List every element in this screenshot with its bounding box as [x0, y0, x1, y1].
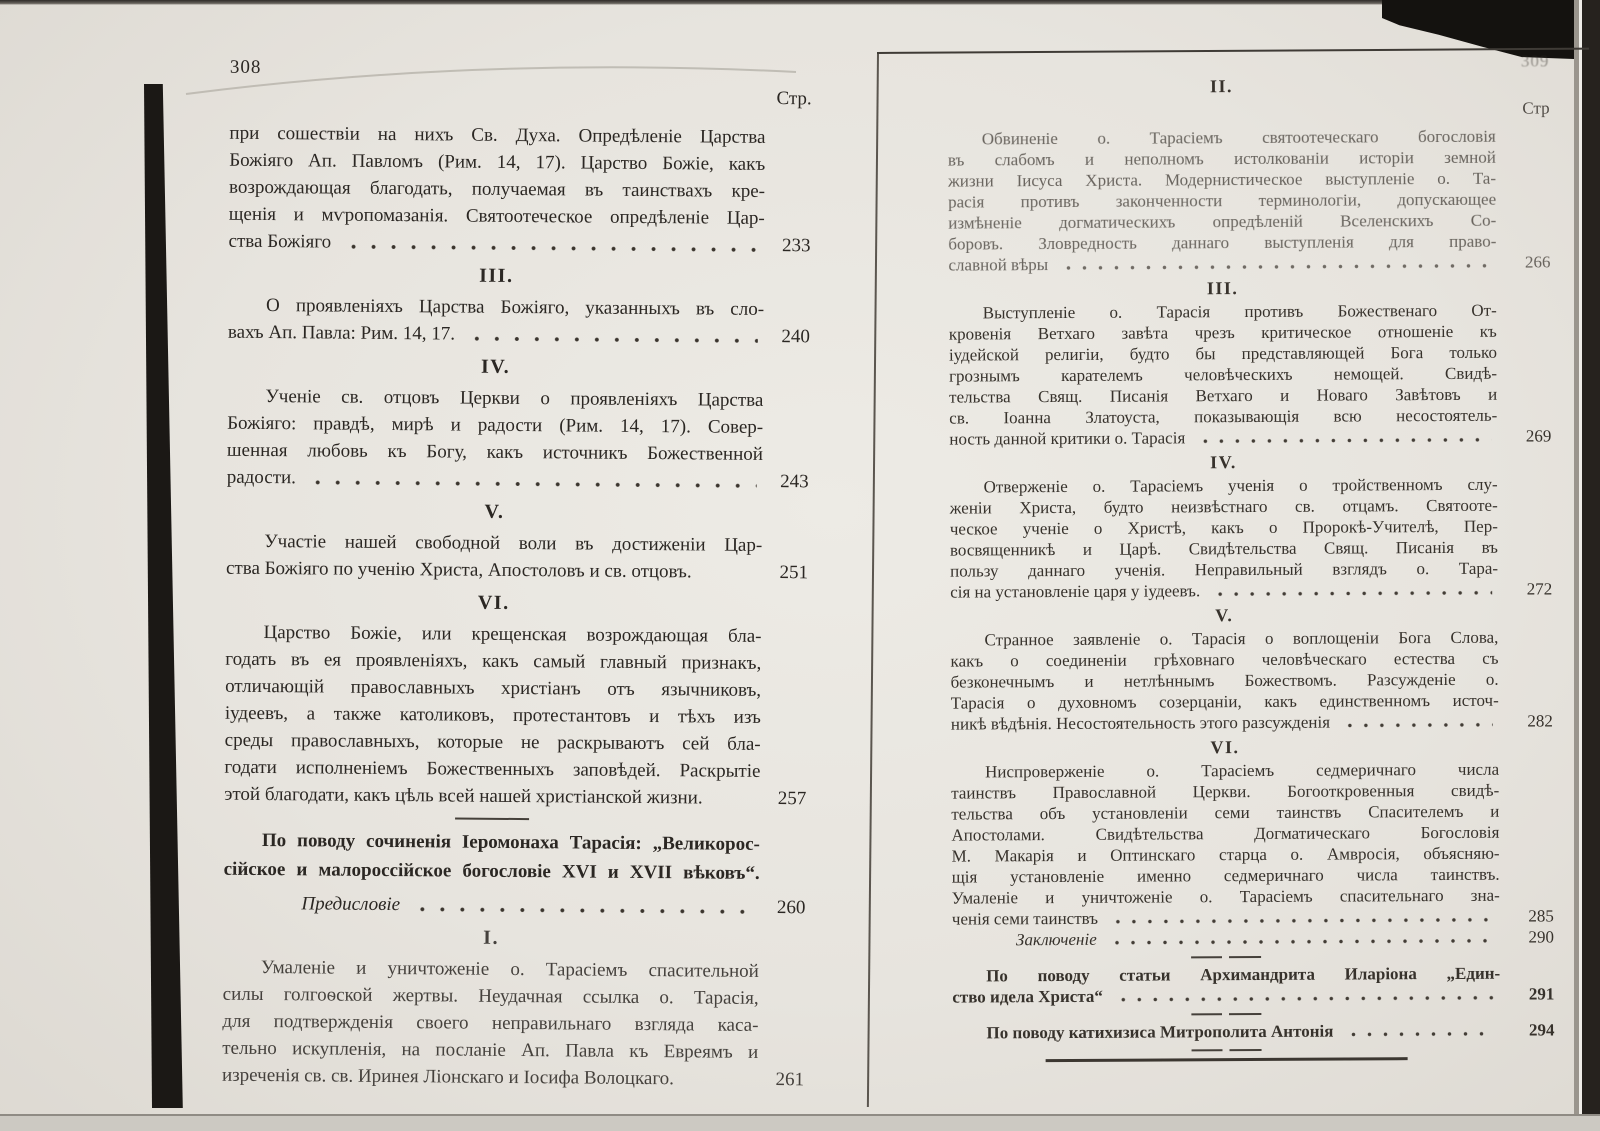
- dot-leader: [1060, 263, 1490, 271]
- scan-top-edge: [0, 0, 1600, 5]
- dot-leader: [1197, 437, 1491, 445]
- dot-leader: [343, 244, 758, 253]
- dot-leader: [467, 336, 758, 344]
- page-ref: 243: [763, 468, 809, 495]
- long-divider: [1046, 1057, 1408, 1062]
- toc-entry-left-v: V. Участіе нашей свободной воли въ дости…: [226, 497, 809, 587]
- section-divider-row: [224, 816, 806, 823]
- right-col-header: Стр: [1522, 98, 1549, 117]
- page-ref: 269: [1497, 425, 1551, 446]
- entry-last-line: вахъ Ап. Павла: Рим. 14, 17. 240: [228, 319, 810, 351]
- left-entries: при сошествіи на нихъ Св. Духа. Опредѣле…: [222, 120, 812, 1094]
- page-seam-line: [867, 53, 879, 1107]
- toc-entry-left-i: I. Умаленіе и уничтоженіе о. Тарасіемъ с…: [222, 923, 805, 1094]
- entry-tail: славной вѣры: [948, 254, 1048, 276]
- entry-last-line: ства Божіяго 233: [228, 228, 810, 260]
- entry-text: По поводу статьи Архимандрита Иларіона „…: [952, 962, 1554, 986]
- left-folio-row: 308: [230, 54, 812, 86]
- entry-last-line: ства Божіяго по ученію Христа, Апостолов…: [226, 555, 808, 587]
- entry-last-line: Предисловіе 260: [223, 890, 805, 922]
- small-divider: [1191, 1013, 1261, 1015]
- roman-heading-v: V.: [226, 497, 808, 529]
- entry-tail: изреченія св. св. Иринея Ліонскаго и Іос…: [222, 1062, 674, 1093]
- entry-text: при сошествіи на нихъ Св. Духа. Опредѣле…: [229, 120, 812, 233]
- leader-spacer: [715, 800, 755, 806]
- page-ref: 260: [759, 894, 805, 921]
- scan-gutter-bar: [144, 84, 184, 1108]
- entry-tail: ность данной критики о. Тарасія: [949, 427, 1185, 449]
- entry-tail: ство идела Христа“: [952, 986, 1103, 1008]
- dot-leader: [1345, 1031, 1494, 1038]
- entry-text: Выступленіе о. Тарасія противъ Божествен…: [949, 299, 1552, 428]
- entry-tail: сія на установленіе царя у іудеевъ.: [950, 580, 1200, 602]
- right-page-number: 309: [1521, 50, 1550, 71]
- entry-last-line: ность данной критики о. Тарасія 269: [949, 425, 1551, 449]
- toc-entry-right-v: V. Странное заявленіе о. Тарасія о вопло…: [950, 603, 1553, 734]
- left-col-header-row: Стр.: [230, 81, 812, 113]
- entry-last-line: Заключеніе 290: [952, 926, 1554, 950]
- roman-heading-iii: III.: [949, 276, 1551, 300]
- entry-last-line: этой благодати, какъ цѣль всей нашей хри…: [224, 781, 806, 813]
- small-divider: [1191, 956, 1261, 958]
- entry-last-line: никѣ вѣдѣнія. Несостоятельность этого ра…: [951, 710, 1553, 734]
- page-ref: 290: [1500, 926, 1554, 947]
- entry-tail: ства Божіяго по ученію Христа, Апостолов…: [226, 555, 692, 586]
- entry-tail: ченія семи таинствъ: [952, 908, 1098, 930]
- toc-entry-left-iii: III. О проявленіяхъ Царства Божіяго, ука…: [228, 261, 811, 351]
- page-ref: 240: [764, 323, 810, 350]
- page-ref: 291: [1500, 983, 1554, 1004]
- section-title-tarasij: По поводу сочиненія Іеромонаха Тарасія: …: [224, 826, 806, 889]
- roman-heading-i: I.: [223, 923, 805, 955]
- toc-entry-right-ii: Обвиненіе о. Тарасіемъ святоотеческаго б…: [948, 125, 1551, 275]
- page-ref: 294: [1500, 1019, 1554, 1040]
- roman-heading-vi: VI.: [951, 735, 1553, 759]
- right-folio-row: 309: [947, 48, 1549, 73]
- entry-text: Отверженіе о. Тарасіемъ ученія о тройств…: [950, 473, 1553, 581]
- small-divider-row: [953, 1047, 1555, 1052]
- toc-entry-right-vi: VI. Ниспроверженіе о. Тарасіемъ седмерич…: [951, 735, 1554, 929]
- toc-entry-left-cont: при сошествіи на нихъ Св. Духа. Опредѣле…: [228, 120, 811, 260]
- small-divider-row: [952, 1011, 1554, 1016]
- page-ref: 266: [1496, 251, 1550, 272]
- dot-leader: [1110, 917, 1494, 925]
- toc-entry-zakljuchenie: Заключеніе 290: [952, 926, 1554, 950]
- left-page-number: 308: [230, 57, 262, 78]
- entry-last-line: изреченія св. св. Иринея Ліонскаго и Іос…: [222, 1062, 804, 1094]
- toc-entry-right-iv: IV. Отверженіе о. Тарасіемъ ученія о тро…: [949, 450, 1552, 602]
- toc-entry-antonij: По поводу катихизиса Митрополита Антонія…: [952, 1019, 1554, 1043]
- toc-entry-right-iii: III. Выступленіе о. Тарасія противъ Боже…: [949, 276, 1552, 449]
- page-ref: 285: [1500, 905, 1554, 926]
- page-ref: 282: [1499, 710, 1553, 731]
- dot-leader: [1212, 590, 1492, 597]
- toc-entry-predislovie: Предисловіе 260: [223, 890, 805, 922]
- dot-leader: [412, 906, 753, 915]
- scan-bottom-band: [0, 1116, 1600, 1131]
- page-ref: 257: [760, 785, 806, 812]
- entry-last-line: сія на установленіе царя у іудеевъ. 272: [950, 578, 1552, 602]
- entry-last-line: славной вѣры 266: [948, 251, 1550, 275]
- toc-entry-ilarion: По поводу статьи Архимандрита Иларіона „…: [952, 962, 1554, 1007]
- entry-last-line: По поводу катихизиса Митрополита Антонія…: [952, 1019, 1554, 1043]
- roman-heading-iv: IV.: [228, 352, 810, 384]
- leader-spacer: [686, 1080, 752, 1087]
- entry-tail: никѣ вѣдѣнія. Несостоятельность этого ра…: [951, 712, 1330, 735]
- entry-tail: этой благодати, какъ цѣль всей нашей хри…: [224, 781, 703, 812]
- right-page: 309 II. Стр Обвиненіе о. Тарасіемъ свято…: [947, 48, 1554, 1068]
- roman-heading-iv: IV.: [949, 450, 1551, 474]
- dot-leader: [308, 479, 757, 489]
- roman-heading-ii: II.: [947, 74, 1549, 98]
- section-divider: [455, 818, 529, 821]
- roman-heading-vi: VI.: [226, 588, 808, 620]
- right-entries: Обвиненіе о. Тарасіемъ святоотеческаго б…: [948, 125, 1555, 1062]
- entry-text: Обвиненіе о. Тарасіемъ святоотеческаго б…: [948, 125, 1551, 254]
- entry-tail: ства Божіяго: [228, 228, 331, 256]
- long-divider-row: [953, 1056, 1555, 1062]
- roman-heading-v: V.: [950, 603, 1552, 627]
- page-ref: 233: [764, 232, 810, 259]
- entry-text: Ученіе св. отцовъ Церкви о проявленіяхъ …: [227, 383, 810, 469]
- roman-heading-iii: III.: [228, 261, 810, 293]
- entry-text: Царство Божіе, или крещенская возрождающ…: [224, 619, 807, 786]
- page-ref: 261: [758, 1066, 804, 1093]
- entry-tail: По поводу катихизиса Митрополита Антонія: [986, 1021, 1333, 1044]
- small-divider: [1192, 1049, 1262, 1051]
- toc-entry-left-iv: IV. Ученіе св. отцовъ Церкви о проявлені…: [227, 352, 810, 496]
- page-ref: 272: [1498, 578, 1552, 599]
- right-col-header-row: Стр: [948, 97, 1550, 122]
- leader-spacer: [704, 573, 756, 579]
- scan-right-edge: [1574, 0, 1600, 1122]
- entry-text: Странное заявленіе о. Тарасія о воплощен…: [950, 626, 1552, 713]
- entry-text: Умаленіе и уничтоженіе о. Тарасіемъ спас…: [222, 954, 805, 1067]
- small-divider-row: [952, 954, 1554, 959]
- page-ref: 251: [762, 559, 808, 586]
- dot-leader: [1342, 722, 1493, 729]
- left-page: 308 Стр. при сошествіи на нихъ Св. Духа.…: [222, 54, 812, 1094]
- dot-leader: [1109, 938, 1494, 946]
- dot-leader: [1115, 995, 1494, 1003]
- entry-text: Ниспроверженіе о. Тарасіемъ седмеричнаго…: [951, 758, 1554, 908]
- entry-tail: радости.: [227, 464, 296, 492]
- entry-last-line: радости. 243: [227, 464, 809, 496]
- entry-tail: Предисловіе: [301, 890, 400, 918]
- entry-tail: вахъ Ап. Павла: Рим. 14, 17.: [228, 319, 455, 348]
- left-col-header: Стр.: [776, 88, 811, 109]
- book-scan: 308 Стр. при сошествіи на нихъ Св. Духа.…: [0, 0, 1600, 1131]
- toc-entry-left-vi: VI. Царство Божіе, или крещенская возрож…: [224, 588, 808, 813]
- entry-last-line: ство идела Христа“ 291: [952, 983, 1554, 1007]
- entry-tail: Заключеніе: [1016, 929, 1097, 950]
